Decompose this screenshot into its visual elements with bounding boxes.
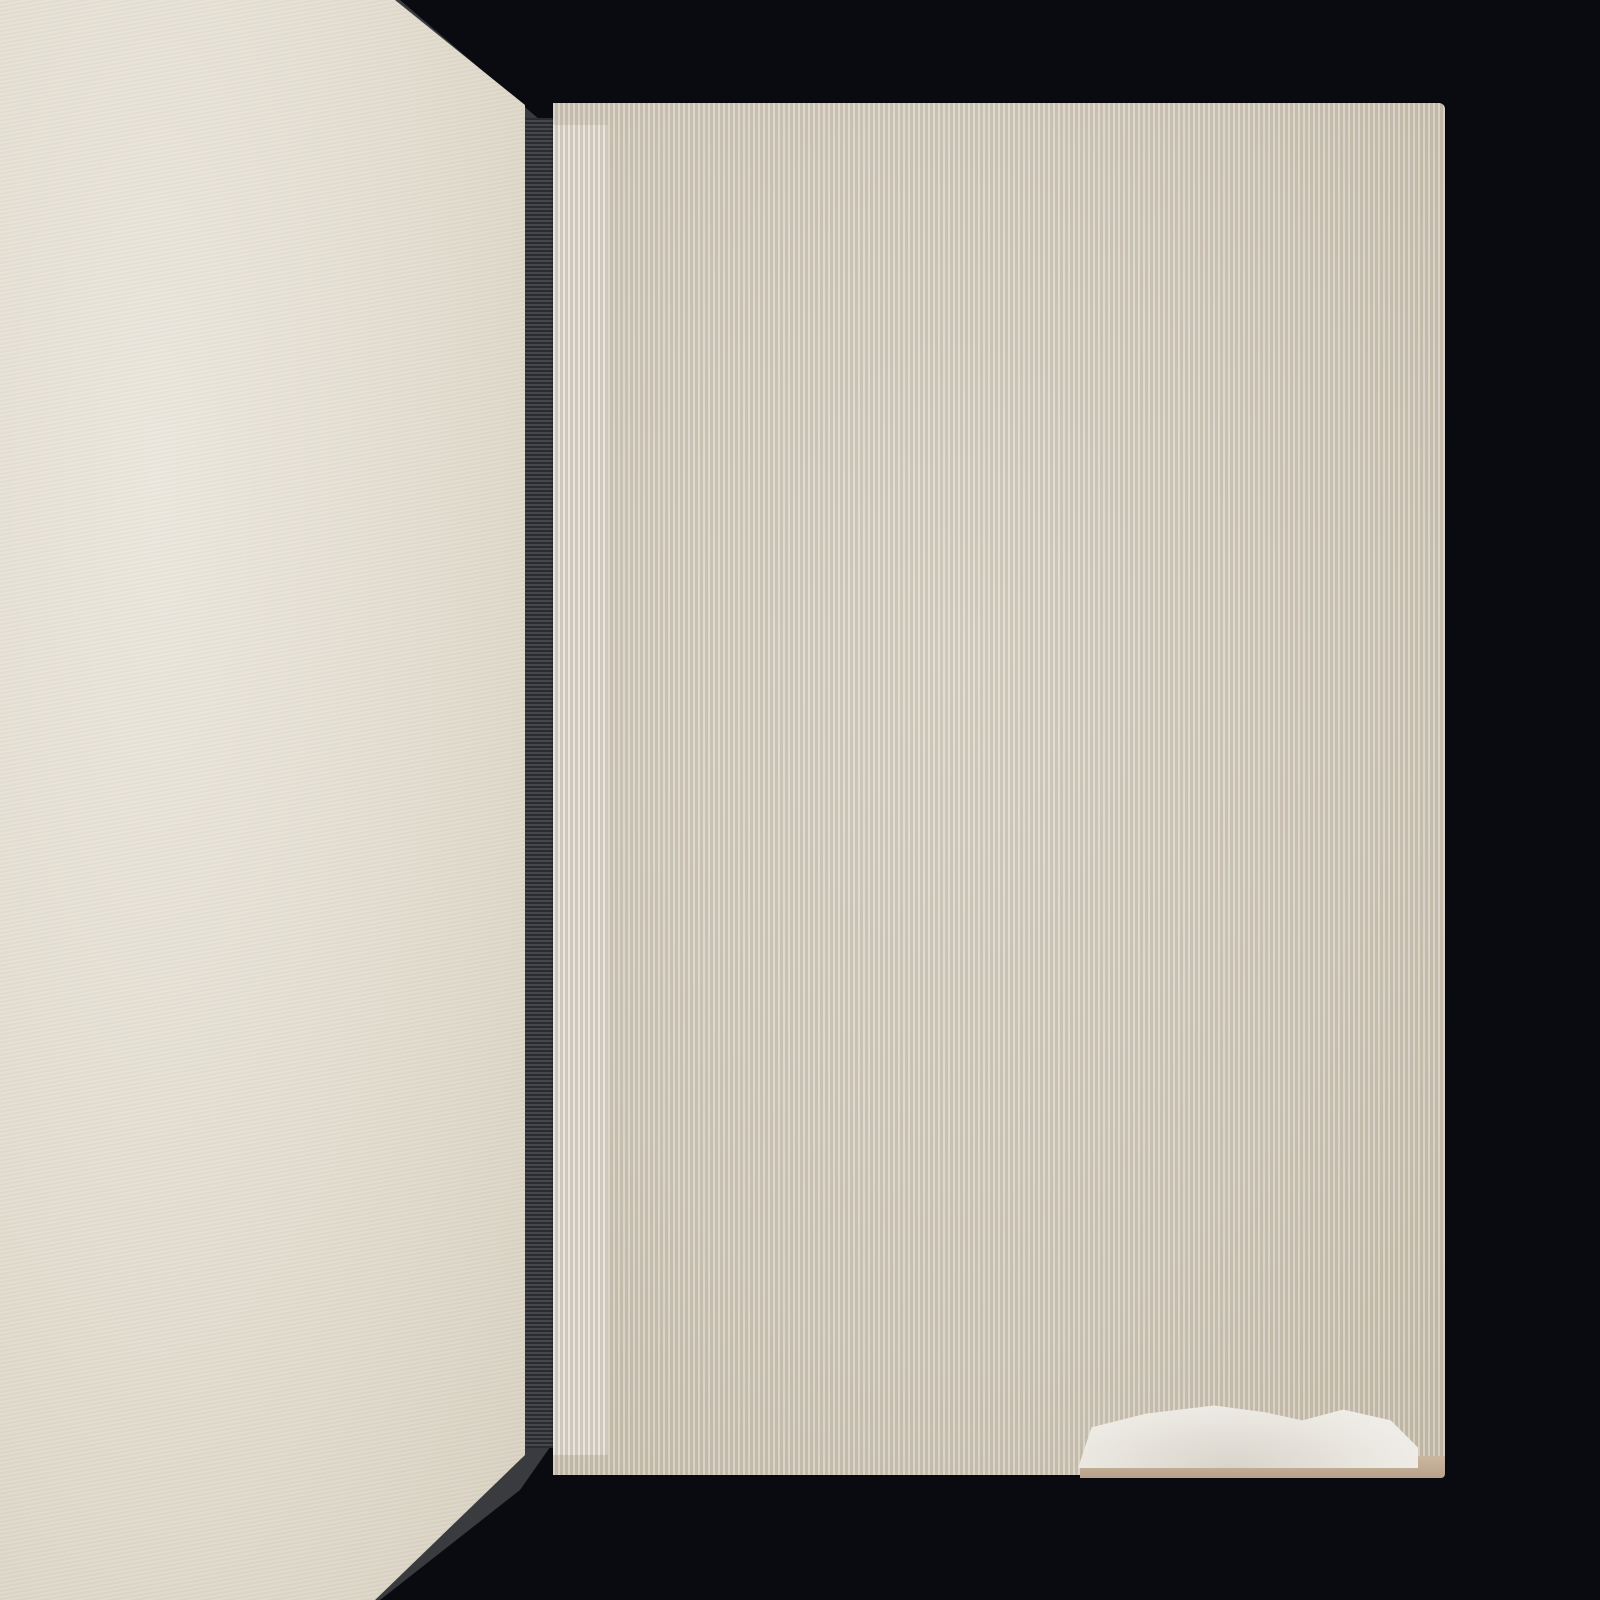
page-gutter xyxy=(553,125,608,1455)
left-endpaper xyxy=(0,0,525,1600)
right-endpaper xyxy=(553,103,1445,1475)
book-photo: Open book showing blank endpapers xyxy=(0,0,1600,1600)
